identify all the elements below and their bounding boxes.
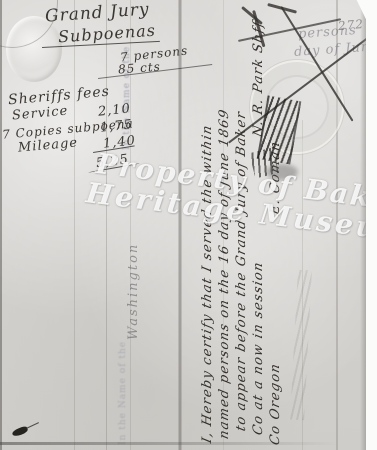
certificate-text: named persons on the 16 day of June 1869 <box>216 107 233 441</box>
certificate-line: named persons on the 16 day of June 1869 <box>216 19 233 449</box>
certificate-text: Co at a now in session <box>250 260 267 437</box>
certificate-line: Co at a now in session N. R. Park Shff <box>250 19 267 449</box>
certificate-text: to appear before the Grand Jury of Baker <box>233 109 250 432</box>
certificate-line: I, Hereby certify that I served the with… <box>199 19 216 449</box>
corner-number: 272 <box>337 17 364 33</box>
certificate-block: I, Hereby certify that I served the with… <box>199 21 291 447</box>
certificate-line: Co Oregon E. Coman <box>267 19 284 449</box>
printed-showthrough-text: In the Name of the <box>118 341 128 445</box>
ghost-handwriting-name: Washington <box>126 243 141 340</box>
certificate-text: Co Oregon <box>267 361 284 446</box>
scanned-document-page: In the Name of the In the Name of the Wa… <box>0 0 377 450</box>
certificate-line: to appear before the Grand Jury of Baker <box>233 19 250 449</box>
